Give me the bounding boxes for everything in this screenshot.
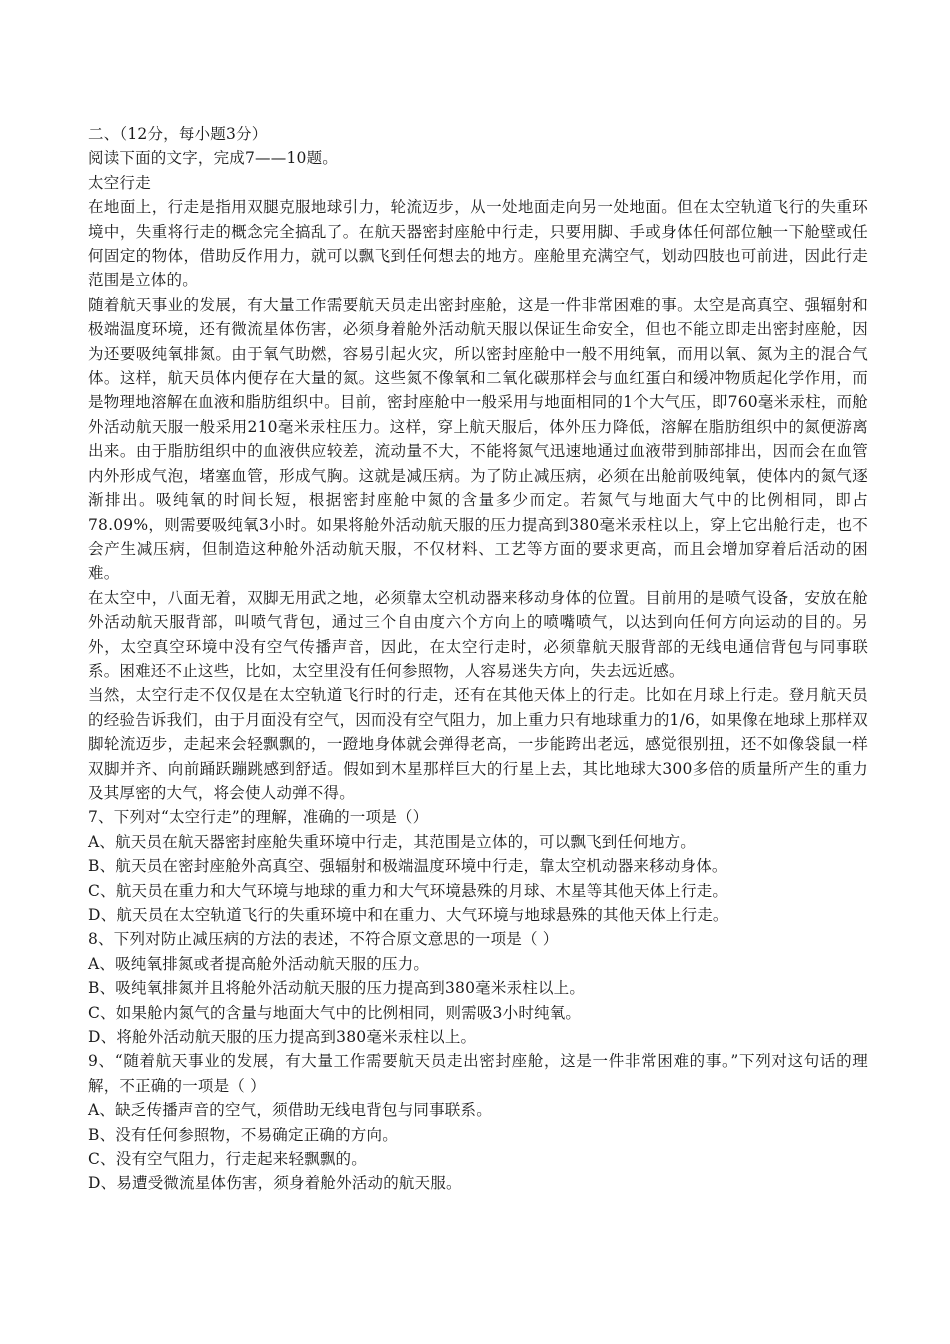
option-c: C、航天员在重力和大气环境与地球的重力和大气环境悬殊的月球、木星等其他天体上行走… xyxy=(88,879,868,903)
option-a: A、航天员在航天器密封座舱失重环境中行走，其范围是立体的，可以飘飞到任何地方。 xyxy=(88,830,868,854)
option-b: B、没有任何参照物，不易确定正确的方向。 xyxy=(88,1123,868,1147)
option-c: C、如果舱内氮气的含量与地面大气中的比例相同，则需吸3小时纯氧。 xyxy=(88,1001,868,1025)
option-d: D、航天员在太空轨道飞行的失重环境中和在重力、大气环境与地球悬殊的其他天体上行走… xyxy=(88,903,868,927)
question-7: 7、下列对“太空行走”的理解，准确的一项是（） A、航天员在航天器密封座舱失重环… xyxy=(88,805,868,927)
section-header: 二、（12分，每小题3分） xyxy=(88,122,868,146)
article-paragraph: 在地面上，行走是指用双腿克服地球引力，轮流迈步，从一处地面走向另一处地面。但在太… xyxy=(88,195,868,293)
option-c: C、没有空气阻力，行走起来轻飘飘的。 xyxy=(88,1147,868,1171)
question-stem: 9、“随着航天事业的发展，有大量工作需要航天员走出密封座舱，这是一件非常困难的事… xyxy=(88,1049,868,1098)
article-paragraph: 随着航天事业的发展，有大量工作需要航天员走出密封座舱，这是一件非常困难的事。太空… xyxy=(88,293,868,586)
question-8: 8、下列对防止减压病的方法的表述，不符合原文意思的一项是（ ） A、吸纯氧排氮或… xyxy=(88,927,868,1049)
question-stem: 7、下列对“太空行走”的理解，准确的一项是（） xyxy=(88,805,868,829)
question-stem: 8、下列对防止减压病的方法的表述，不符合原文意思的一项是（ ） xyxy=(88,927,868,951)
instruction-text: 阅读下面的文字，完成7——10题。 xyxy=(88,146,868,170)
option-d: D、将舱外活动航天服的压力提高到380毫米汞柱以上。 xyxy=(88,1025,868,1049)
article-title: 太空行走 xyxy=(88,171,868,195)
article-paragraph: 在太空中，八面无着，双脚无用武之地，必须靠太空机动器来移动身体的位置。目前用的是… xyxy=(88,586,868,684)
option-a: A、缺乏传播声音的空气，须借助无线电背包与同事联系。 xyxy=(88,1098,868,1122)
document-page: 二、（12分，每小题3分） 阅读下面的文字，完成7——10题。 太空行走 在地面… xyxy=(88,122,868,1196)
option-a: A、吸纯氧排氮或者提高舱外活动航天服的压力。 xyxy=(88,952,868,976)
option-b: B、航天员在密封座舱外高真空、强辐射和极端温度环境中行走，靠太空机动器来移动身体… xyxy=(88,854,868,878)
question-9: 9、“随着航天事业的发展，有大量工作需要航天员走出密封座舱，这是一件非常困难的事… xyxy=(88,1049,868,1195)
option-b: B、吸纯氧排氮并且将舱外活动航天服的压力提高到380毫米汞柱以上。 xyxy=(88,976,868,1000)
article-paragraph: 当然，太空行走不仅仅是在太空轨道飞行时的行走，还有在其他天体上的行走。比如在月球… xyxy=(88,683,868,805)
option-d: D、易遭受微流星体伤害，须身着舱外活动的航天服。 xyxy=(88,1171,868,1195)
